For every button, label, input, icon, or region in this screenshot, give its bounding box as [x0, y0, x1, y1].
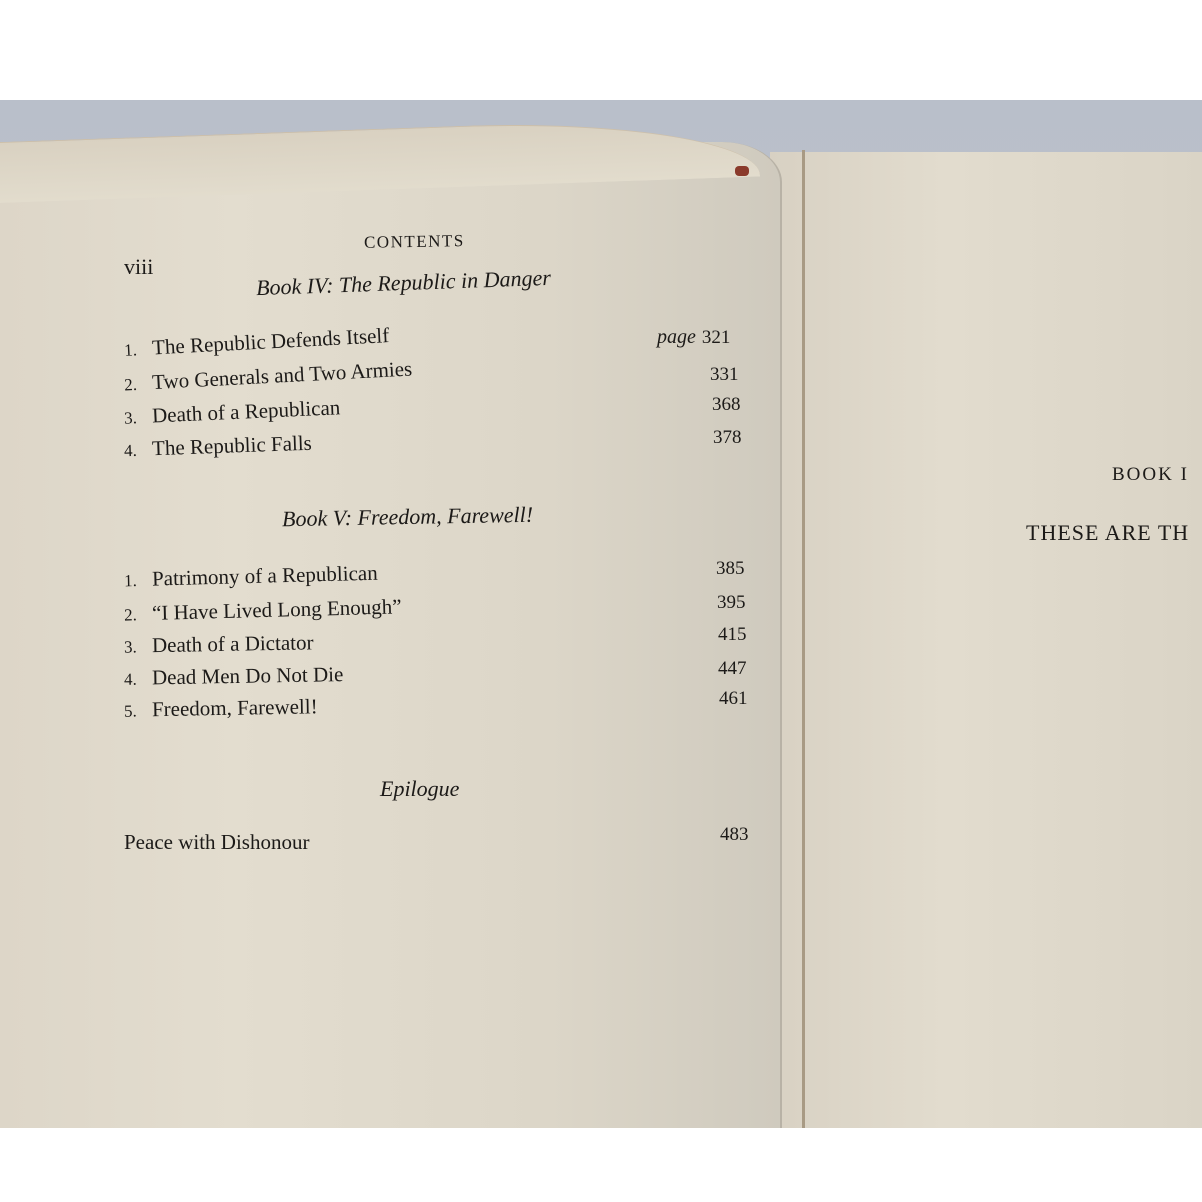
entry-title: Peace with Dishonour — [124, 830, 309, 854]
contents-header: CONTENTS — [364, 231, 465, 253]
entry-page: 331 — [710, 364, 739, 386]
entry-title: “I Have Lived Long Enough” — [152, 594, 402, 625]
toc-entry: 3.Death of a Republican — [124, 395, 341, 429]
table-of-contents: viii CONTENTS Book IV: The Republic in D… — [0, 142, 780, 1128]
entry-title: The Republic Falls — [152, 431, 313, 461]
entry-number: 1. — [124, 339, 153, 360]
toc-entry: 1.Patrimony of a Republican — [124, 561, 378, 593]
entry-number: 3. — [124, 637, 152, 657]
book-photo: BOOK I THESE ARE TH viii CONTENTS Book I… — [0, 100, 1202, 1128]
entry-title: Dead Men Do Not Die — [152, 662, 344, 689]
entry-number: 4. — [124, 669, 152, 689]
right-page: BOOK I THESE ARE TH — [770, 152, 1202, 1128]
page-label: page — [657, 326, 696, 348]
entry-number: 1. — [124, 571, 153, 592]
entry-page: page321 — [657, 326, 730, 349]
section-heading-book-iv: Book IV: The Republic in Danger — [256, 265, 552, 301]
entry-number: 3. — [124, 408, 153, 429]
entry-title: The Republic Defends Itself — [151, 323, 389, 359]
entry-title: Death of a Dictator — [152, 630, 314, 657]
entry-title: Two Generals and Two Armies — [152, 356, 413, 394]
toc-entry: 4.Dead Men Do Not Die — [124, 662, 344, 691]
entry-number: 5. — [124, 701, 152, 721]
entry-page: 378 — [713, 427, 742, 449]
entry-page: 415 — [718, 624, 747, 646]
toc-entry: 3.Death of a Dictator — [124, 630, 314, 658]
right-page-subheading: THESE ARE TH — [1026, 520, 1189, 546]
entry-page: 461 — [719, 688, 748, 710]
entry-title: Death of a Republican — [152, 395, 341, 427]
toc-entry: 5.Freedom, Farewell! — [124, 694, 318, 722]
toc-entry: 4.The Republic Falls — [124, 431, 313, 463]
left-page: viii CONTENTS Book IV: The Republic in D… — [0, 142, 782, 1128]
entry-number: 4. — [124, 440, 153, 461]
section-heading-epilogue: Epilogue — [380, 776, 459, 802]
folio-number: viii — [124, 254, 153, 280]
toc-entry: 1.The Republic Defends Itself — [124, 323, 390, 362]
entry-title: Patrimony of a Republican — [152, 561, 378, 591]
entry-page: 447 — [718, 658, 747, 680]
section-heading-book-v: Book V: Freedom, Farewell! — [282, 502, 533, 532]
entry-page: 395 — [717, 592, 746, 614]
entry-title: Freedom, Farewell! — [152, 694, 318, 721]
book-spine — [802, 150, 805, 1128]
toc-entry: 2.“I Have Lived Long Enough” — [124, 594, 402, 626]
right-page-book-heading: BOOK I — [1112, 464, 1189, 486]
toc-entry: 2.Two Generals and Two Armies — [124, 356, 413, 396]
entry-page: 483 — [720, 824, 749, 846]
entry-number: 2. — [124, 605, 153, 626]
entry-page: 385 — [716, 558, 745, 580]
entry-number: 2. — [124, 374, 153, 395]
toc-entry: Peace with Dishonour — [124, 830, 309, 855]
entry-page: 368 — [712, 394, 741, 416]
